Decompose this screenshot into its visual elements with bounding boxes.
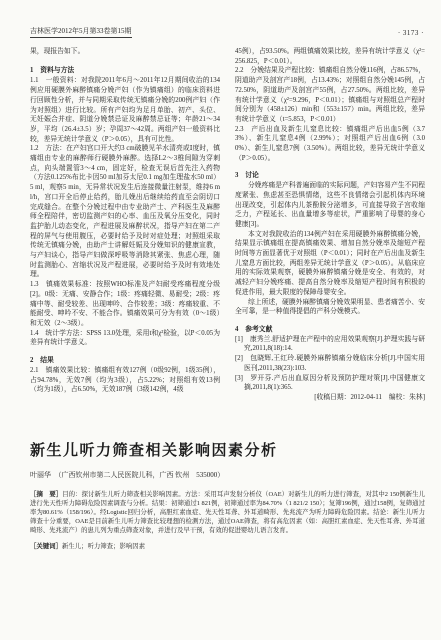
- section-heading-discussion: 3 讨论: [235, 171, 425, 181]
- paragraph-general-data: 1.1 一般资料：对我院2011年6月～2011年12月期间收治的134例应用硬…: [30, 76, 220, 144]
- reference-item: [2] 包晓辉,王红玲.硬膜外麻醉镇痛分娩临床分析[J].中国实用医刊,2011…: [235, 354, 425, 373]
- article-body-columns: 果，现报告如下。 1 资料与方法 1.1 一般资料：对我院2011年6月～201…: [0, 38, 441, 403]
- paragraph-analgesia-criteria: 1.3 镇痛效果标准：按照WHO标准及产妇耐受疼痛程度分级[2]。0级：无痛、安…: [30, 280, 220, 329]
- paragraph-delivery-result: 2.2 分娩结果及产程比较：镇痛组自然分娩116例，占86.57%，阴道助产及剖…: [235, 66, 425, 124]
- paragraph-hemorrhage-result: 2.3 产后出血及新生儿窒息比较：镇痛组产后出血5例（3.73%）、新生儿窒息4…: [235, 125, 425, 164]
- section-heading-references: 4 参考文献: [235, 325, 425, 335]
- paragraph-discussion-3: 综上所述，硬膜外麻醉镇痛分娩效果明显、患者痛苦小、安全可靠，是一种值得提倡的产科…: [235, 298, 425, 317]
- running-head: 吉林医学2012年5月第33卷第15期 · 3173 ·: [0, 0, 441, 38]
- section-heading-results: 2 结果: [30, 356, 220, 366]
- section-heading-methods: 1 资料与方法: [30, 66, 220, 76]
- abstract-paragraph: ［摘 要］目的：探讨新生儿听力筛查相关影响因素。方法：采用耳声发射分析仪（OAE…: [30, 490, 425, 536]
- received-date-note: [收稿日期：2012-04-11 编校：朱林]: [235, 393, 425, 403]
- paragraph-method: 1.2 方法：在产妇宫口开大约3 cm破膜见羊水清亮或Ⅰ度时，镇痛组由专业的麻醉…: [30, 144, 220, 280]
- keywords-text: 新生儿；听力筛查；影响因素: [62, 543, 145, 550]
- reference-item: [3] 罗开芬.产后出血原因分析及预防护理对策[J].中国健康文摘,2011,8…: [235, 374, 425, 393]
- paragraph-analgesia-result: 2.1 镇痛效果比较：镇痛组有效127例（0级92例，1级35例），占94.78…: [30, 366, 220, 395]
- keywords-label: ［关键词］: [30, 543, 62, 550]
- article-title: 新生儿听力筛查相关影响因素分析: [30, 439, 425, 460]
- author-affiliation-line: 叶丽华 （广西钦州市第二人民医院儿科，广西 钦州 535000）: [30, 470, 425, 480]
- left-column: 果，现报告如下。 1 资料与方法 1.1 一般资料：对我院2011年6月～201…: [30, 47, 220, 403]
- abstract-label: ［摘 要］: [30, 491, 62, 498]
- paragraph-discussion-1: 分娩疼痛是产科普遍面临的实际问题，产妇容易产生不同程度紧张、焦虑甚至恐惧情绪，这…: [235, 181, 425, 230]
- reference-list: [1] 康秀兰.舒适护理在产程中的应用效果观察[J].护理实践与研究,2011,…: [235, 335, 425, 393]
- paragraph-analgesia-result-cont: 45例），占93.50%。两组镇痛效果比较，差异有统计学意义（χ²=256.82…: [235, 47, 425, 66]
- paragraph-lead: 果，现报告如下。: [30, 47, 220, 57]
- reference-item: [1] 康秀兰.舒适护理在产程中的应用效果观察[J].护理实践与研究,2011,…: [235, 335, 425, 354]
- right-column: 45例），占93.50%。两组镇痛效果比较，差异有统计学意义（χ²=256.82…: [235, 47, 425, 403]
- journal-issue-info: 吉林医学2012年5月第33卷第15期: [30, 27, 132, 38]
- keywords-line: ［关键词］新生儿；听力筛查；影响因素: [30, 542, 425, 551]
- page-number: · 3173 ·: [398, 29, 424, 38]
- paragraph-statistics: 1.4 统计学方法：SPSS 13.0处理，采用t和χ²检验，以P＜0.05为差…: [30, 329, 220, 348]
- abstract-text: 目的：探讨新生儿听力筛查相关影响因素。方法：采用耳声发射分析仪（OAE）对新生儿…: [30, 491, 425, 535]
- journal-page: 吉林医学2012年5月第33卷第15期 · 3173 · 果，现报告如下。 1 …: [0, 0, 441, 640]
- next-article-header: 新生儿听力筛查相关影响因素分析 叶丽华 （广西钦州市第二人民医院儿科，广西 钦州…: [0, 439, 441, 552]
- paragraph-discussion-2: 本文对我院收治的134例产妇在采用硬膜外麻醉镇痛分娩，结果显示镇痛组在提高镇痛效…: [235, 230, 425, 298]
